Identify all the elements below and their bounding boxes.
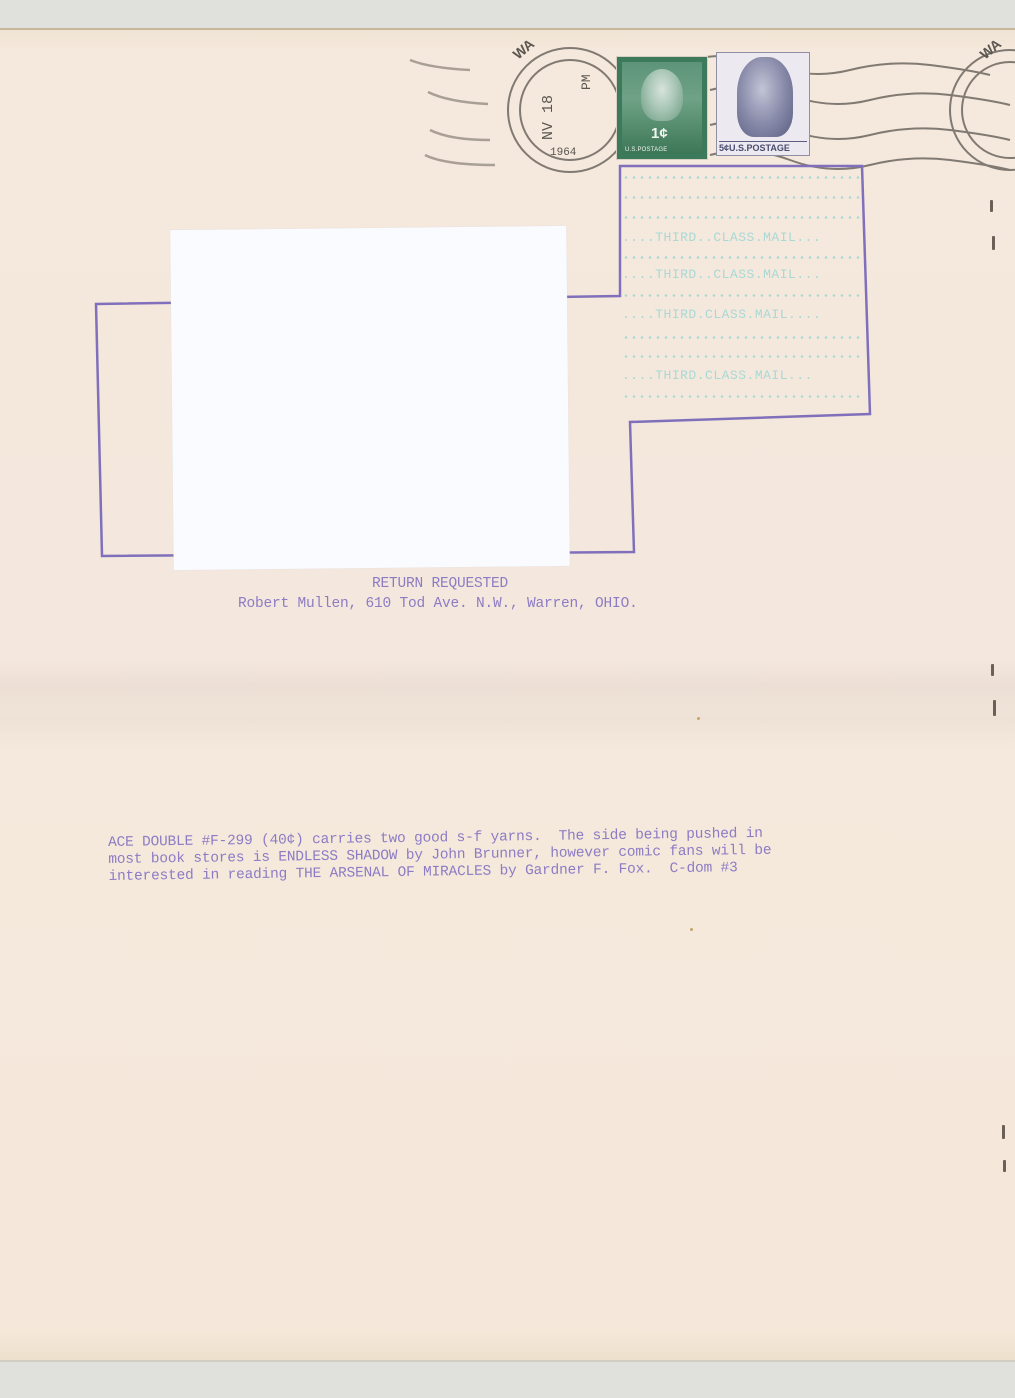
staple-mark (1002, 1125, 1005, 1139)
dot-row (622, 355, 862, 358)
stamp-label: 5¢U.S.POSTAGE (719, 141, 807, 153)
portrait-icon (641, 69, 683, 121)
one-cent-stamp: 1¢ U.S.POSTAGE (616, 56, 708, 160)
staple-mark (993, 700, 996, 716)
postmark-time: PM (579, 74, 594, 90)
paper-speck (697, 717, 700, 720)
paper-speck (690, 928, 693, 931)
portrait-icon (737, 57, 793, 137)
third-class-mail-line: ....THIRD.CLASS.MAIL.... (622, 307, 821, 322)
third-class-mail-line: ....THIRD.CLASS.MAIL... (622, 368, 813, 383)
dot-row (622, 336, 862, 339)
stamp-denomination: 1¢ (651, 125, 668, 142)
return-requested-heading: RETURN REQUESTED (372, 576, 508, 593)
five-cent-stamp: 5¢U.S.POSTAGE (716, 52, 810, 156)
dot-row (622, 256, 862, 259)
third-class-mail-line: ....THIRD..CLASS.MAIL... (622, 230, 821, 245)
dot-row (622, 176, 862, 179)
postmark-city: WA (510, 36, 538, 63)
staple-mark (990, 200, 993, 212)
dot-row (622, 395, 862, 398)
postmark-year: 1964 (550, 147, 577, 159)
third-class-mail-line: ....THIRD..CLASS.MAIL... (622, 267, 821, 282)
return-address: Robert Mullen, 610 Tod Ave. N.W., Warren… (238, 596, 638, 613)
dot-row (622, 216, 862, 219)
dot-row (622, 294, 862, 297)
page-fold-crease (0, 660, 1015, 710)
book-review-paragraph: ACE DOUBLE #F-299 (40¢) carries two good… (108, 826, 772, 886)
postmark-date: NV 18 (540, 95, 557, 140)
staple-mark (1003, 1160, 1006, 1172)
stamp-label: U.S.POSTAGE (625, 147, 667, 153)
staple-mark (991, 664, 994, 676)
staple-mark (992, 236, 995, 250)
address-label-cover (170, 226, 570, 570)
dot-row (622, 196, 862, 199)
